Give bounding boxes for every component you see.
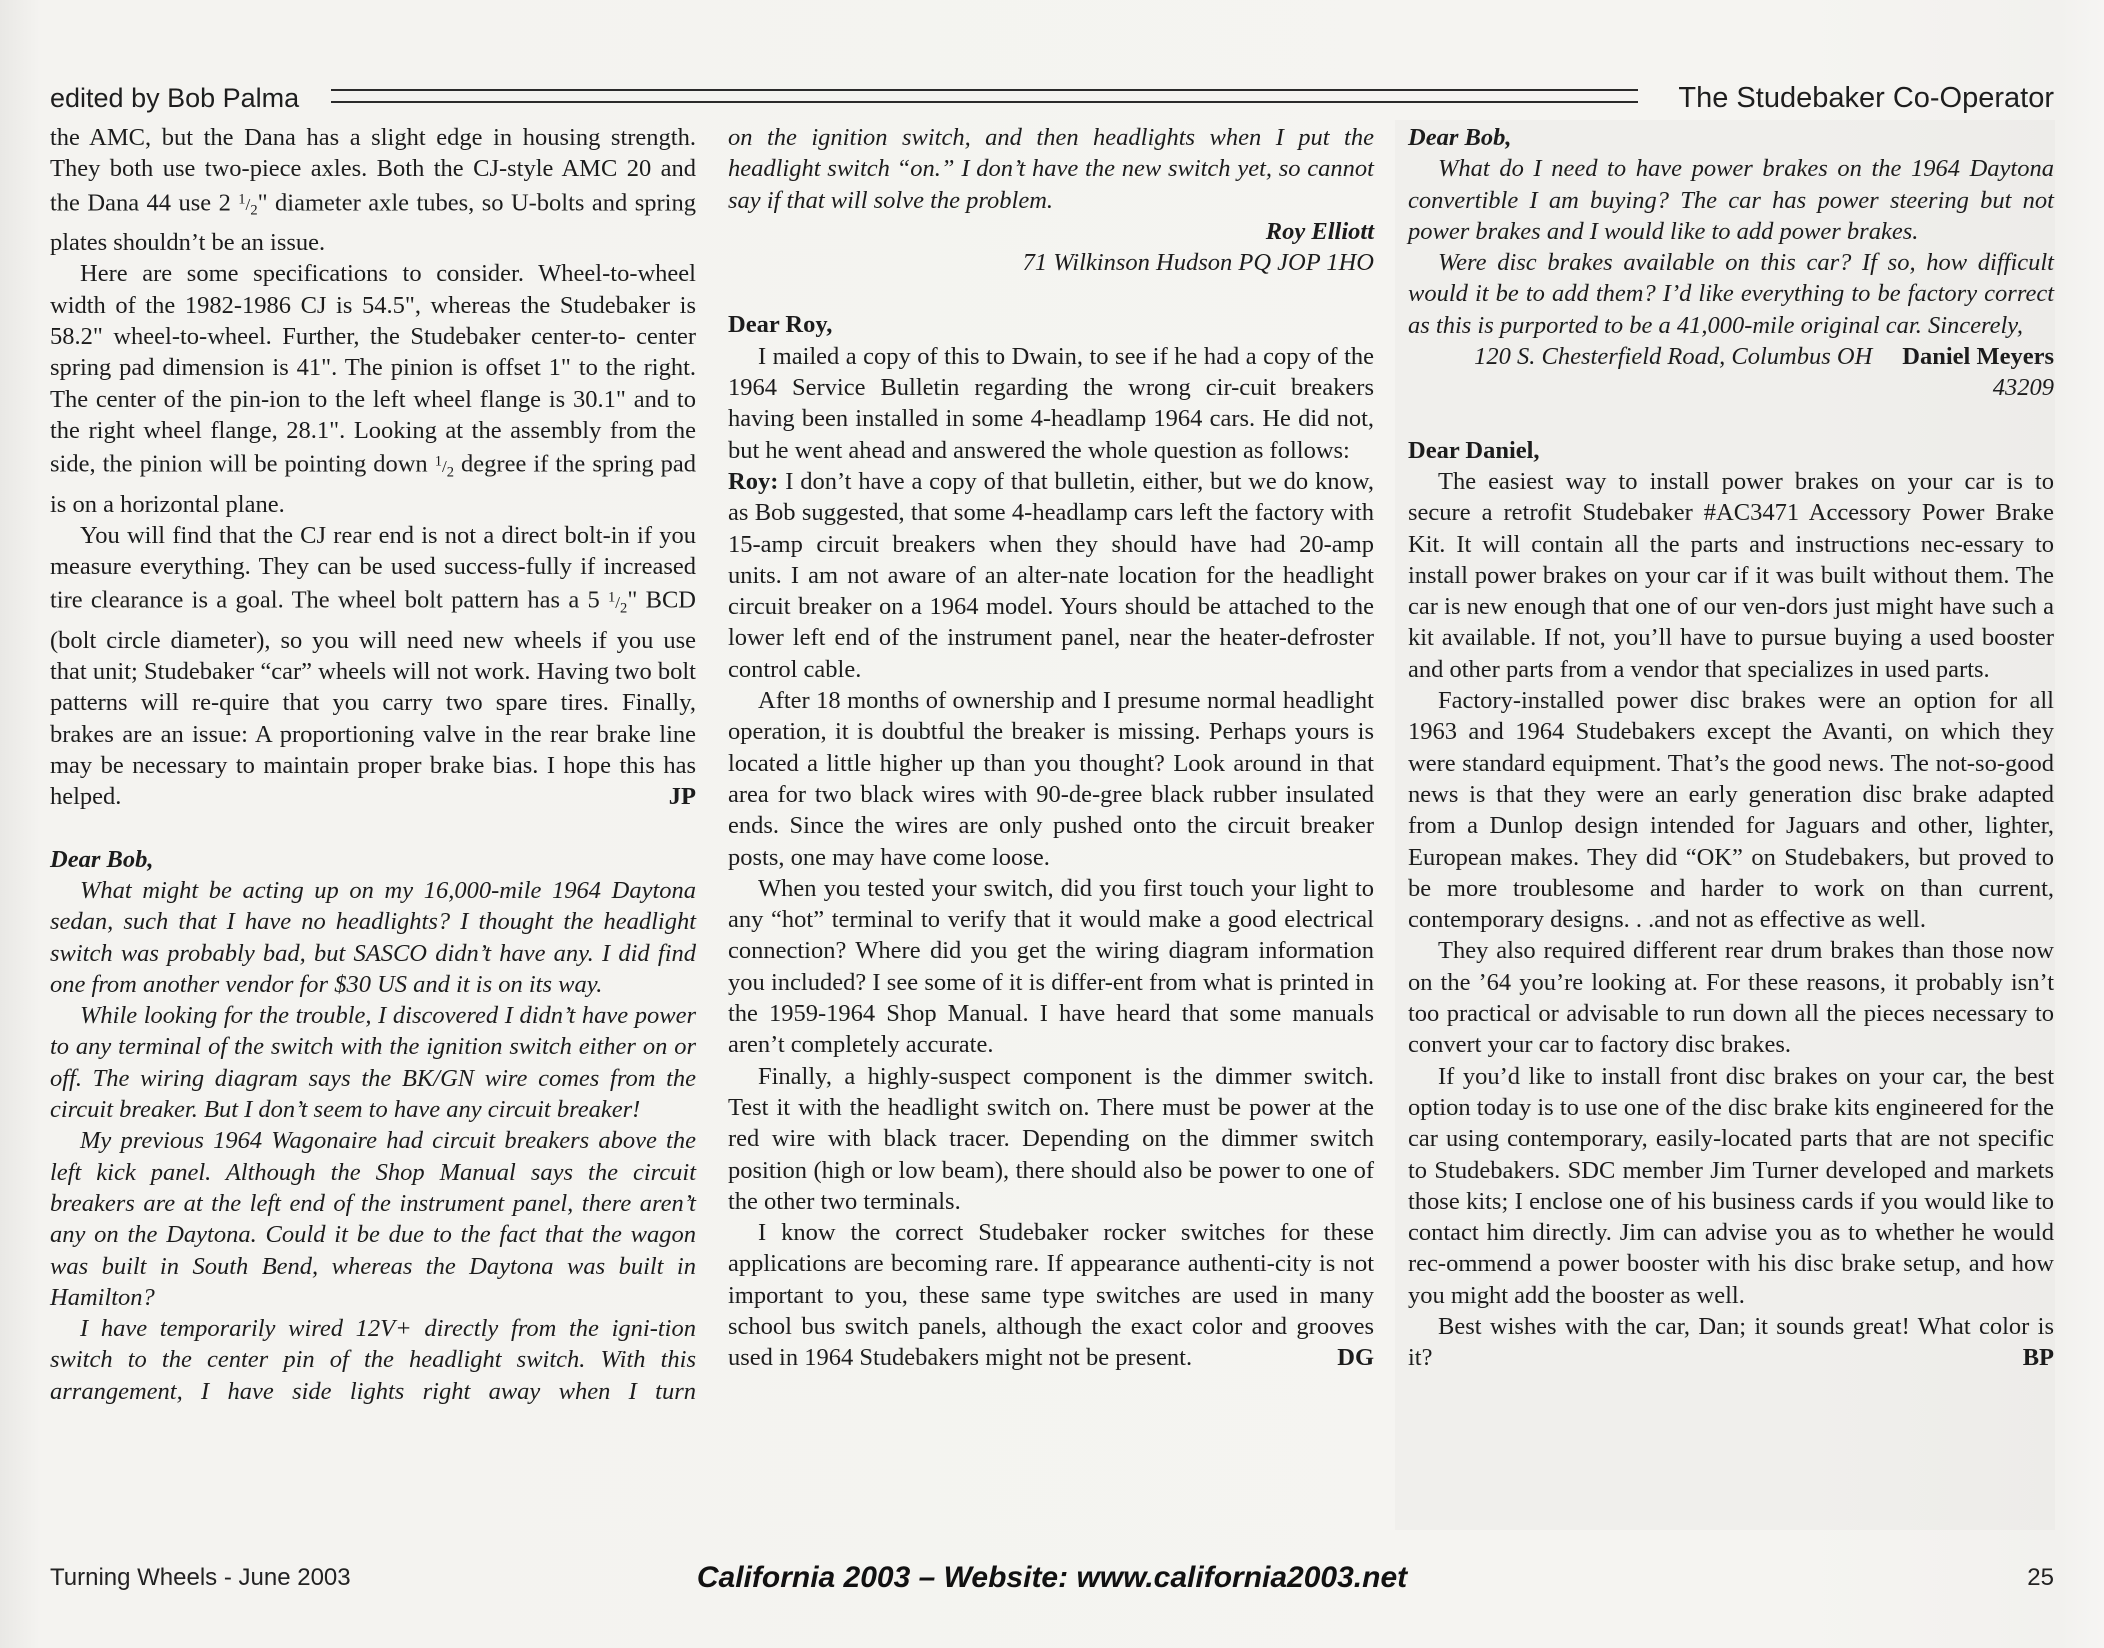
column-right: Dear Bob, What do I need to have power b… bbox=[1408, 122, 2054, 1374]
text: Were disc brakes available on this car? … bbox=[1408, 249, 2054, 339]
header-double-rule bbox=[331, 89, 1638, 103]
letter-paragraph: What might be acting up on my 16,000-mil… bbox=[50, 875, 696, 1000]
spacer bbox=[50, 813, 696, 844]
letter-paragraph: While looking for the trouble, I discove… bbox=[50, 1000, 696, 1125]
magazine-page: edited by Bob Palma The Studebaker Co-Op… bbox=[0, 0, 2104, 1648]
text: I know the correct Studebaker rocker swi… bbox=[728, 1219, 1374, 1371]
author-initials: DG bbox=[1307, 1342, 1374, 1373]
fraction-denominator: 2 bbox=[250, 203, 257, 219]
reply-paragraph: Factory-installed power disc brakes were… bbox=[1408, 685, 2054, 935]
column-middle: on the ignition switch, and then headlig… bbox=[728, 122, 1374, 1374]
letter-paragraph: My previous 1964 Wagonaire had circuit b… bbox=[50, 1125, 696, 1313]
issue-label: Turning Wheels - June 2003 bbox=[50, 1564, 470, 1592]
letter-paragraph: What do I need to have power brakes on t… bbox=[1408, 153, 2054, 247]
paragraph: Here are some specifications to consider… bbox=[50, 258, 696, 520]
text: You will find that the CJ rear end is no… bbox=[50, 522, 696, 614]
article-columns: the AMC, but the Dana has a slight edge … bbox=[50, 122, 2054, 1522]
fraction: 1/2 bbox=[608, 593, 627, 612]
reply-salutation: Dear Daniel, bbox=[1408, 435, 2054, 466]
text: " BCD (bolt circle diameter), so you wil… bbox=[50, 587, 696, 810]
reply-paragraph: After 18 months of ownership and I presu… bbox=[728, 685, 1374, 873]
fraction-numerator: 1 bbox=[608, 589, 615, 605]
fraction: 1/2 bbox=[238, 195, 257, 214]
speaker-label: Roy: bbox=[728, 468, 778, 495]
author-initials: JP bbox=[639, 781, 696, 812]
letter-paragraph: on the ignition switch, and then headlig… bbox=[728, 122, 1374, 216]
reply-paragraph: Best wishes with the car, Dan; it sounds… bbox=[1408, 1311, 2054, 1374]
paragraph: the AMC, but the Dana has a slight edge … bbox=[50, 122, 696, 258]
section-title: The Studebaker Co-Operator bbox=[1678, 82, 2054, 115]
spacer bbox=[1408, 404, 2054, 435]
text: Here are some specifications to consider… bbox=[50, 260, 696, 478]
letter-salutation: Dear Bob, bbox=[1408, 122, 2054, 153]
letter-signature: Roy Elliott bbox=[728, 216, 1374, 247]
reply-paragraph: I mailed a copy of this to Dwain, to see… bbox=[728, 341, 1374, 466]
letter-paragraph: I have temporarily wired 12V+ directly f… bbox=[50, 1313, 696, 1407]
fraction-numerator: 1 bbox=[238, 192, 245, 208]
reply-paragraph: If you’d like to install front disc brak… bbox=[1408, 1061, 2054, 1311]
fraction-numerator: 1 bbox=[435, 453, 442, 469]
reply-paragraph: When you tested your switch, did you fir… bbox=[728, 873, 1374, 1061]
author-initials: BP bbox=[1993, 1342, 2054, 1373]
sender-name: Roy Elliott bbox=[1266, 218, 1374, 245]
text: I don’t have a copy of that bulletin, ei… bbox=[728, 468, 1374, 683]
fraction-denominator: 2 bbox=[447, 464, 454, 480]
page-number: 25 bbox=[1634, 1564, 2054, 1592]
fraction: 1/2 bbox=[435, 457, 454, 476]
event-website-banner: California 2003 – Website: www.californi… bbox=[470, 1561, 1634, 1595]
sender-address: 71 Wilkinson Hudson PQ JOP 1HO bbox=[728, 247, 1374, 278]
spacer bbox=[728, 278, 1374, 309]
letter-paragraph: Were disc brakes available on this car? … bbox=[1408, 247, 2054, 341]
reply-paragraph: The easiest way to install power brakes … bbox=[1408, 466, 2054, 685]
letter-salutation: Dear Bob, bbox=[50, 844, 696, 875]
running-header: edited by Bob Palma The Studebaker Co-Op… bbox=[50, 78, 2054, 118]
reply-salutation: Dear Roy, bbox=[728, 309, 1374, 340]
paragraph: You will find that the CJ rear end is no… bbox=[50, 520, 696, 813]
column-left: the AMC, but the Dana has a slight edge … bbox=[50, 122, 696, 1407]
text: Best wishes with the car, Dan; it sounds… bbox=[1408, 1313, 2054, 1371]
reply-paragraph: I know the correct Studebaker rocker swi… bbox=[728, 1217, 1374, 1373]
editor-credit: edited by Bob Palma bbox=[50, 83, 299, 114]
page-footer: Turning Wheels - June 2003 California 20… bbox=[50, 1560, 2054, 1596]
reply-paragraph: They also required different rear drum b… bbox=[1408, 935, 2054, 1060]
sender-name: Daniel Meyers bbox=[1872, 341, 2054, 372]
reply-paragraph: Finally, a highly-suspect component is t… bbox=[728, 1061, 1374, 1217]
reply-paragraph: Roy: I don’t have a copy of that bulleti… bbox=[728, 466, 1374, 685]
